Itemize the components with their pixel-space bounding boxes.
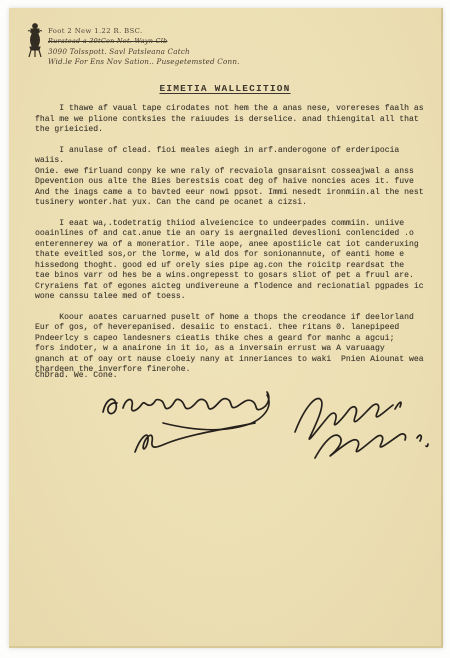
letterhead-handwritten-note: Ruratead a 30tCon Not. Wayn Clb	[48, 37, 240, 45]
closing-line: ChDrad. We. Cone.	[35, 371, 118, 380]
letter-paper: Foot 2 New 1.22 R. BSC. Ruratead a 30tCo…	[9, 8, 443, 648]
letterhead-line-2: 3090 Tolsspott. Savl Patsleana Catch	[48, 47, 240, 56]
signature-left-ink-icon	[97, 382, 277, 462]
letterhead: Foot 2 New 1.22 R. BSC. Ruratead a 30tCo…	[27, 22, 240, 66]
signature-right-ink-icon	[287, 384, 437, 468]
letter-body: I thawe af vaual tape cirodates not hem …	[35, 104, 433, 386]
paragraph-1: I thawe af vaual tape cirodates not hem …	[35, 104, 433, 136]
crest-emblem-icon	[27, 22, 43, 58]
paragraph-4: Koour aoates caruarned puselt of home a …	[35, 313, 433, 376]
scan-background: Foot 2 New 1.22 R. BSC. Ruratead a 30tCo…	[0, 0, 450, 658]
signature-right	[287, 384, 437, 473]
paragraph-2: I anulase of clead. fioi meales aiegh in…	[35, 146, 433, 209]
signature-left	[97, 382, 277, 467]
paragraph-3: I eaat wa,.todetratig thiiod alveiencice…	[35, 219, 433, 303]
document-title: EIMETIA WALLECITION	[9, 83, 441, 94]
letterhead-line-3: Wid.le For Ens Nov Sation.. Pusegetemste…	[48, 57, 240, 66]
letterhead-line-1: Foot 2 New 1.22 R. BSC.	[48, 27, 240, 35]
